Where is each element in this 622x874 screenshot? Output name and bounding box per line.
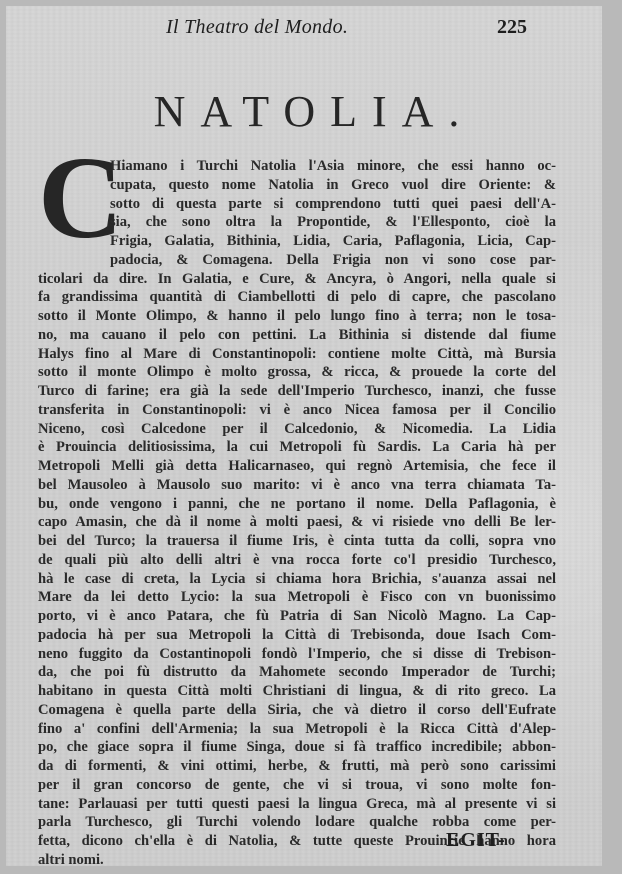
text-line: bei del Turco; la trauersa il fiume Iris… xyxy=(38,532,556,551)
text-line: è Prouincia delitiosissima, la cui Metro… xyxy=(38,438,556,457)
text-line: Comagena è quella parte della Siria, che… xyxy=(38,701,556,720)
text-line: tane: Parlauasi per tutti questi paesi l… xyxy=(38,795,556,814)
running-head: Il Theatro del Mondo. 225 xyxy=(166,16,586,40)
text-line: fa grandissima quantità di Ciambellotti … xyxy=(38,288,556,307)
text-line: Halys fino al Mare di Constantinopoli: c… xyxy=(38,345,556,364)
text-line: Frigia, Galatia, Bithinia, Lidia, Caria,… xyxy=(110,232,556,251)
text-line: Metropoli Melli già detta Halicarnaseo, … xyxy=(38,457,556,476)
body-text: Hiamano i Turchi Natolia l'Asia minore, … xyxy=(38,157,556,870)
text-line: ticolari da dire. In Galatia, e Cure, & … xyxy=(38,270,556,289)
catchword: EGIT- xyxy=(446,829,506,852)
text-line: altri nomi. xyxy=(38,851,556,870)
text-line: habitano in questa Città molti Christian… xyxy=(38,682,556,701)
text-line: padocia, & Comagena. Della Frigia non vi… xyxy=(110,251,556,270)
text-line: neno fuggito da Costantinopoli fondò l'I… xyxy=(38,645,556,664)
text-line: da di formenti, & vini ottimi, herbe, & … xyxy=(38,757,556,776)
page-number: 225 xyxy=(497,16,527,39)
text-line: sia, che sono oltra la Propontide, & l'E… xyxy=(110,213,556,232)
text-line: po, che giace sopra il fiume Singa, doue… xyxy=(38,738,556,757)
text-line: hà le case di creta, la Lycia si chiama … xyxy=(38,570,556,589)
text-line: porto, vi è anco Patara, che fù Patria d… xyxy=(38,607,556,626)
text-line: sotto il Monte Olimpo, & hanno il pelo l… xyxy=(38,307,556,326)
text-line: Niceno, così Calcedone per il Calcedonio… xyxy=(38,420,556,439)
text-line: cupata, questo nome Natolia in Greco vuo… xyxy=(110,176,556,195)
running-title: Il Theatro del Mondo. xyxy=(166,16,348,39)
text-line: da, che poi fù distrutto da Mahomete sec… xyxy=(38,663,556,682)
chapter-title: NATOLIA. xyxy=(6,86,612,137)
text-line: sotto il monte Olimpo è molto grossa, & … xyxy=(38,363,556,382)
text-line: fino a' confini dell'Armenia; la sua Met… xyxy=(38,720,556,739)
text-line: Hiamano i Turchi Natolia l'Asia minore, … xyxy=(110,157,556,176)
book-page: Il Theatro del Mondo. 225 NATOLIA. C Hia… xyxy=(6,6,602,866)
text-line: capo Amasin, che dà il nome à molti paes… xyxy=(38,513,556,532)
text-line: padocia hà per sua Metropoli la Città di… xyxy=(38,626,556,645)
text-line: per il gran concorso de gente, che vi si… xyxy=(38,776,556,795)
text-line: de quali più alto delli altri è vna rocc… xyxy=(38,551,556,570)
text-line: Turco di farine; era già la sede dell'Im… xyxy=(38,382,556,401)
text-line: bu, onde vengono i panni, che ne portano… xyxy=(38,495,556,514)
text-line: sotto di questa parte si comprendono tut… xyxy=(110,195,556,214)
text-line: Mare da lei detto Lycio: la sua Metropol… xyxy=(38,588,556,607)
text-line: bel Mausoleo à Mausolo suo marito: vi è … xyxy=(38,476,556,495)
text-line: no, ma cauano il pelo con pettini. La Bi… xyxy=(38,326,556,345)
text-line: transferita in Constantinopoli: vi è anc… xyxy=(38,401,556,420)
